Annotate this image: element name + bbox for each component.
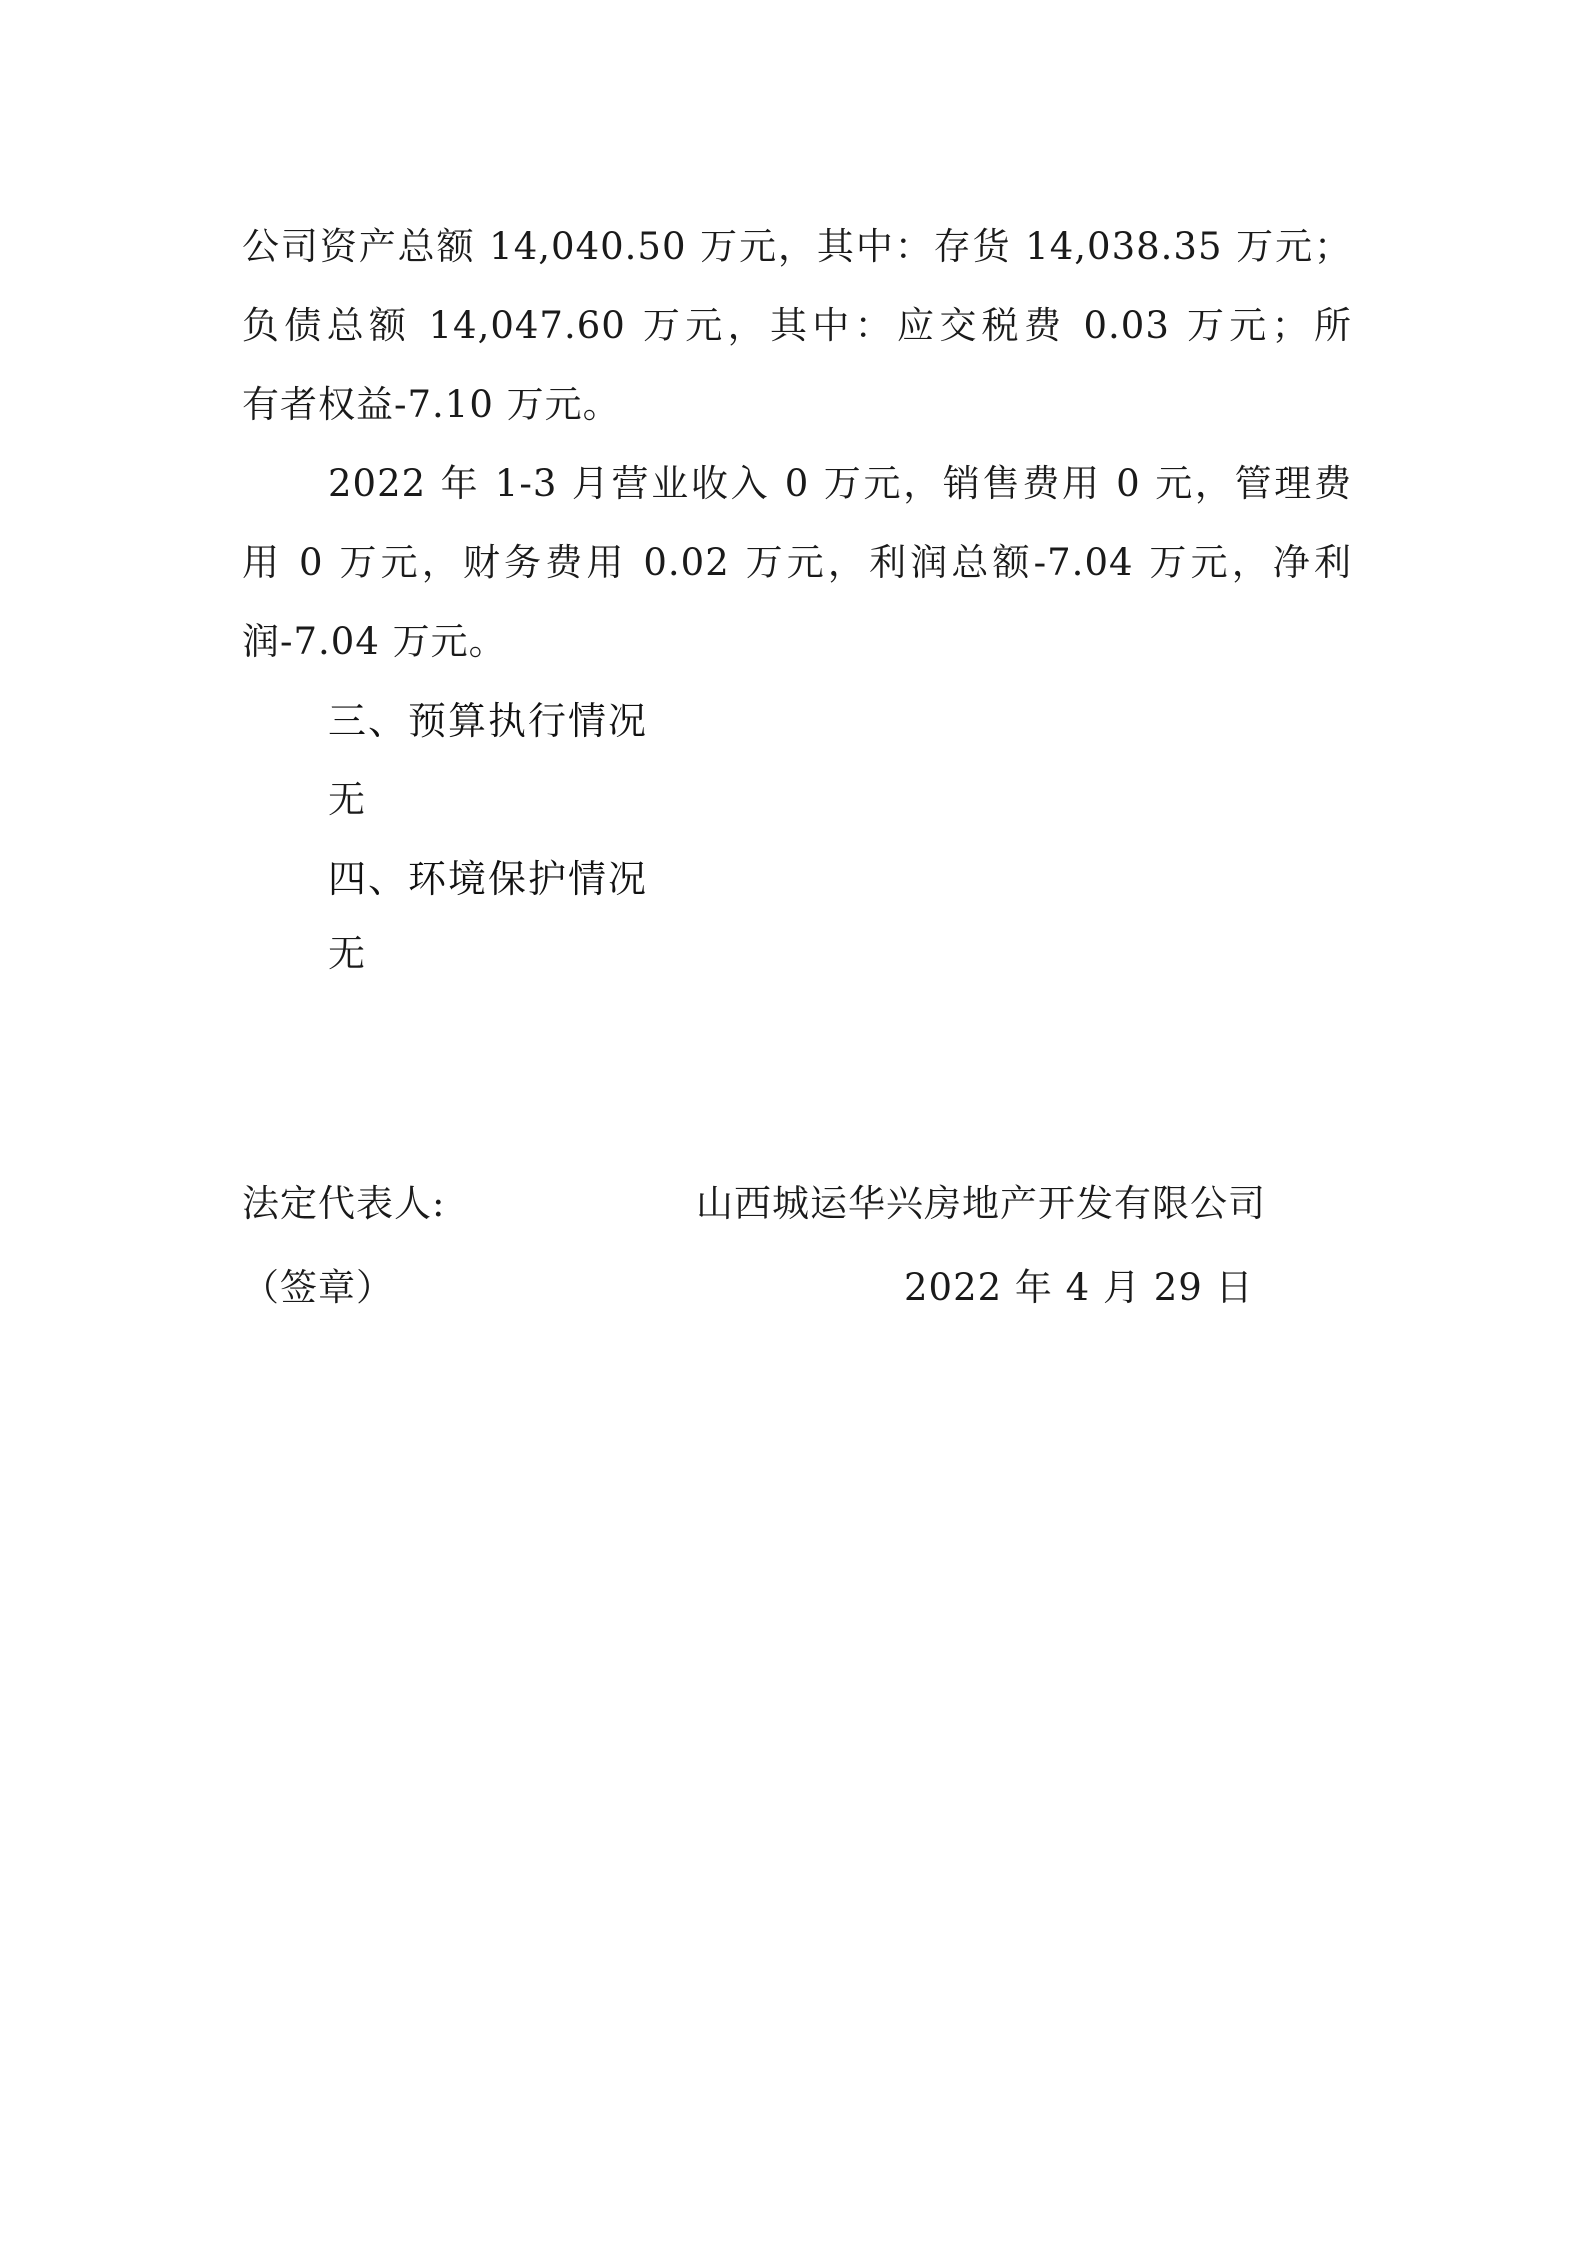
income-paragraph-line-3: 润-7.04 万元。 bbox=[242, 618, 1352, 666]
income-paragraph-line-2: 用 0 万元，财务费用 0.02 万元，利润总额-7.04 万元，净利 bbox=[242, 539, 1352, 587]
document-date: 2022 年 4 月 29 日 bbox=[904, 1264, 1254, 1312]
income-paragraph-line-1: 2022 年 1-3 月营业收入 0 万元，销售费用 0 元，管理费 bbox=[328, 460, 1352, 508]
seal-label: （签章） bbox=[242, 1264, 394, 1312]
section-budget-heading: 三、预算执行情况 bbox=[328, 697, 1438, 745]
document-page: 公司资产总额 14,040.50 万元，其中：存货 14,038.35 万元； … bbox=[0, 0, 1587, 2245]
company-name: 山西城运华兴房地产开发有限公司 bbox=[696, 1180, 1266, 1228]
balance-paragraph-line-1: 公司资产总额 14,040.50 万元，其中：存货 14,038.35 万元； bbox=[242, 223, 1352, 271]
section-environment-heading: 四、环境保护情况 bbox=[328, 855, 1438, 903]
balance-paragraph-line-3: 有者权益-7.10 万元。 bbox=[242, 381, 1352, 429]
section-environment-content: 无 bbox=[328, 930, 1438, 978]
legal-representative-label: 法定代表人: bbox=[242, 1180, 445, 1228]
balance-paragraph-line-2: 负债总额 14,047.60 万元，其中：应交税费 0.03 万元；所 bbox=[242, 302, 1352, 350]
section-budget-content: 无 bbox=[328, 776, 1438, 824]
